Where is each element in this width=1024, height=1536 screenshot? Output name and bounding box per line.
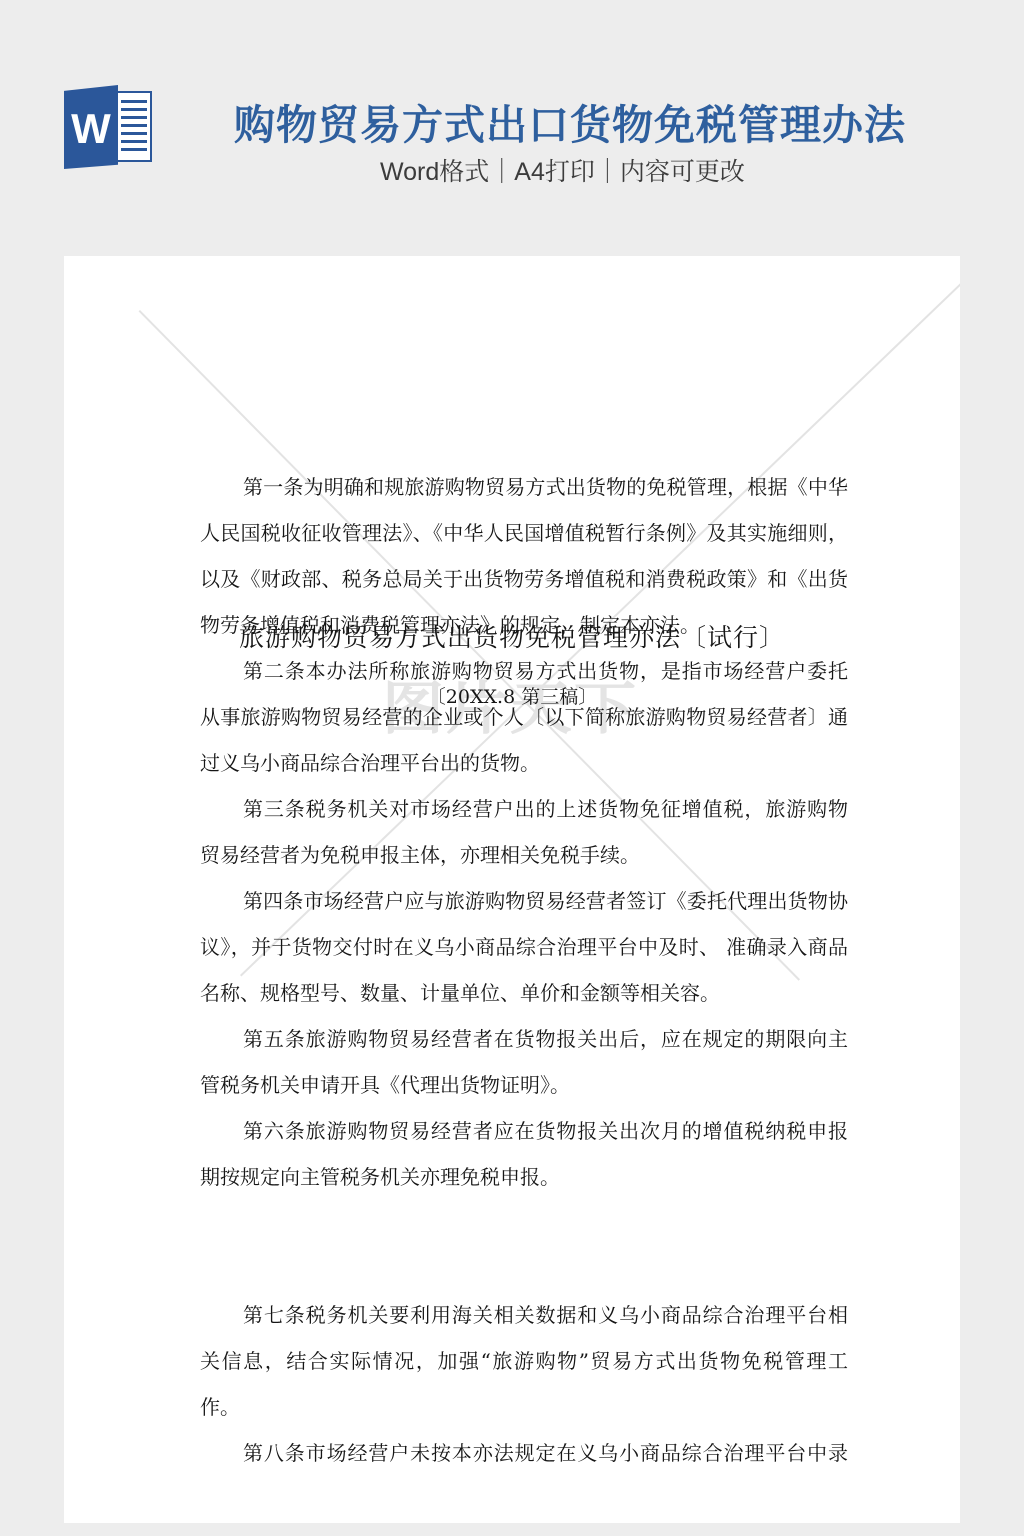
word-file-icon: W (64, 85, 154, 171)
word-icon-letter: W (71, 108, 111, 150)
document-line: 管税务机关申请开具《代理出货物证明》。 (200, 1062, 848, 1108)
document-line: 第七条税务机关要利用海关相关数据和义乌小商品综合治理平台相 (200, 1292, 848, 1338)
template-subtitle: Word格式｜A4打印｜内容可更改 (380, 152, 745, 188)
document-line: 贸易经营者为免税申报主体，亦理相关免税手续。 (200, 832, 848, 878)
document-line: 第一条为明确和规旅游购物贸易方式出货物的免税管理，根据《中华 (200, 464, 848, 510)
word-icon-cover: W (64, 85, 118, 169)
document-line: 议》，并于货物交付时在义乌小商品综合治理平台中及时、 准确录入商品 (200, 924, 848, 970)
document-line: 第二条本办法所称旅游购物贸易方式出货物，是指市场经营户委托 (200, 648, 848, 694)
document-line: 第四条市场经营户应与旅游购物贸易经营者签订《委托代理出货物协 (200, 878, 848, 924)
word-icon-text-lines (121, 100, 147, 154)
document-line: 人民国税收征收管理法》、《中华人民国增值税暂行条例》及其实施细则， (200, 510, 848, 556)
document-line: 关信息，结合实际情况，加强“旅游购物”贸易方式出货物免税管理工 (200, 1338, 848, 1384)
document-line: 期按规定向主管税务机关亦理免税申报。 (200, 1154, 848, 1200)
document-line: 第六条旅游购物贸易经营者应在货物报关出次月的增值税纳税申报 (200, 1108, 848, 1154)
template-title: 购物贸易方式出口货物免税管理办法 (234, 92, 906, 151)
document-line: 过义乌小商品综合治理平台出的货物。 (200, 740, 848, 786)
document-line: 从事旅游购物贸易经营的企业或个人〔以下简称旅游购物贸易经营者〕通 (200, 694, 848, 740)
word-template-preview: { "header": { "icon_letter": "W", "title… (0, 0, 1024, 1536)
word-icon-document (115, 91, 152, 162)
document-line: 以及《财政部、税务总局关于出货物劳务增值税和消费税政策》和《出货 (200, 556, 848, 602)
document-line: 作。 (200, 1384, 848, 1430)
header: W 购物贸易方式出口货物免税管理办法 Word格式｜A4打印｜内容可更改 (0, 0, 1024, 256)
document-line: 名称、规格型号、数量、计量单位、单价和金额等相关容。 (200, 970, 848, 1016)
document-line: 第五条旅游购物贸易经营者在货物报关出后，应在规定的期限向主 (200, 1016, 848, 1062)
document-line: 第三条税务机关对市场经营户出的上述货物免征增值税，旅游购物 (200, 786, 848, 832)
document-page: 图片天下 旅游购物贸易方式出货物免税管理亦法〔试行〕 〔20XX.8 第三稿〕 … (64, 256, 960, 1523)
document-line: 第八条市场经营户未按本亦法规定在义乌小商品综合治理平台中录 (200, 1430, 848, 1476)
document-line: 物劳务增值税和消费税管理亦法》的规定，制定本亦法。 (200, 602, 848, 648)
